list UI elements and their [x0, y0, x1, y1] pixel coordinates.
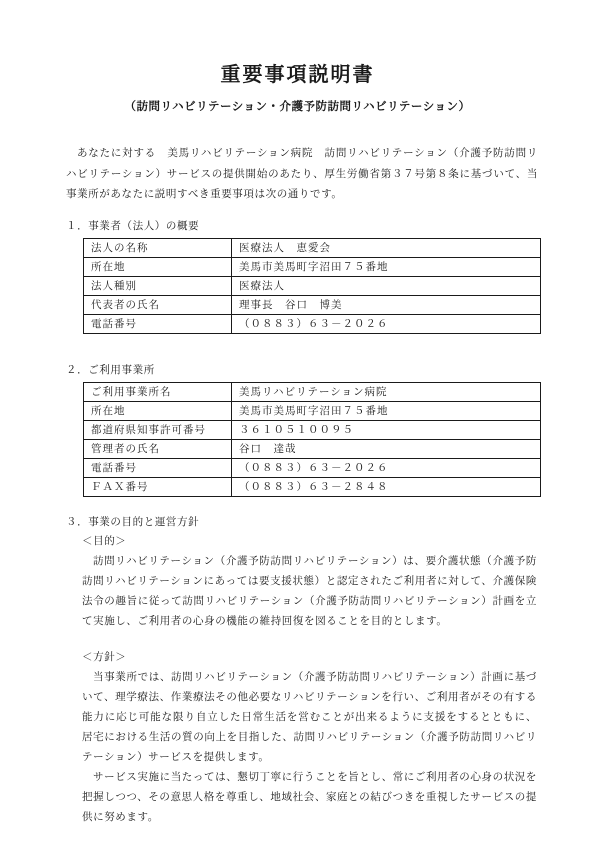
- row-label: 所在地: [84, 401, 232, 420]
- row-value: ３６１０５１００９５: [232, 420, 541, 439]
- row-value: （０８８３）６３－２８４８: [232, 477, 541, 496]
- purpose-label: ＜目的＞: [82, 531, 595, 551]
- row-label: ご利用事業所名: [84, 382, 232, 401]
- row-label: 電話番号: [84, 458, 232, 477]
- row-label: 所在地: [84, 257, 232, 276]
- provider-table: 法人の名称 医療法人 恵愛会 所在地 美馬市美馬町字沼田７５番地 法人種別 医療…: [83, 238, 541, 334]
- row-label: 電話番号: [84, 314, 232, 333]
- row-label: 法人種別: [84, 276, 232, 295]
- row-value: （０８８３）６３－２０２６: [232, 458, 541, 477]
- row-value: 美馬リハビリテーション病院: [232, 382, 541, 401]
- section-heading-purpose-policy: ３．事業の目的と運営方針: [66, 514, 595, 529]
- purpose-paragraph: 訪問リハビリテーション（介護予防訪問リハビリテーション）は、要介護状態（介護予防…: [82, 551, 537, 631]
- table-row: 代表者の氏名 理事長 谷口 博美: [84, 295, 541, 314]
- row-value: 美馬市美馬町字沼田７５番地: [232, 401, 541, 420]
- table-row: ご利用事業所名 美馬リハビリテーション病院: [84, 382, 541, 401]
- table-row: 電話番号 （０８８３）６３－２０２６: [84, 458, 541, 477]
- table-row: 所在地 美馬市美馬町字沼田７５番地: [84, 401, 541, 420]
- row-label: ＦＡＸ番号: [84, 477, 232, 496]
- table-row: 法人種別 医療法人: [84, 276, 541, 295]
- section-heading-provider: １．事業者（法人）の概要: [66, 218, 595, 233]
- row-value: （０８８３）６３－２０２６: [232, 314, 541, 333]
- policy-paragraph-2: サービス実施に当たっては、懇切丁寧に行うことを旨とし、常にご利用者の心身の状況を…: [82, 767, 537, 827]
- policy-paragraph-1: 当事業所では、訪問リハビリテーション（介護予防訪問リハビリテーション）計画に基づ…: [82, 667, 537, 767]
- table-row: 所在地 美馬市美馬町字沼田７５番地: [84, 257, 541, 276]
- table-row: 電話番号 （０８８３）６３－２０２６: [84, 314, 541, 333]
- row-value: 谷口 達哉: [232, 439, 541, 458]
- table-row: 都道府県知事許可番号 ３６１０５１００９５: [84, 420, 541, 439]
- document-title: 重要事項説明書: [0, 58, 595, 87]
- policy-label: ＜方針＞: [82, 647, 595, 667]
- section-heading-office: ２．ご利用事業所: [66, 362, 595, 377]
- office-table: ご利用事業所名 美馬リハビリテーション病院 所在地 美馬市美馬町字沼田７５番地 …: [83, 382, 541, 497]
- row-label: 法人の名称: [84, 238, 232, 257]
- intro-paragraph: あなたに対する 美馬リハビリテーション病院 訪問リハビリテーション（介護予防訪問…: [66, 143, 538, 205]
- document-subtitle: （訪問リハビリテーション・介護予防訪問リハビリテーション）: [0, 98, 595, 114]
- row-label: 都道府県知事許可番号: [84, 420, 232, 439]
- row-value: 理事長 谷口 博美: [232, 295, 541, 314]
- table-row: 法人の名称 医療法人 恵愛会: [84, 238, 541, 257]
- row-label: 管理者の氏名: [84, 439, 232, 458]
- document-page: 重要事項説明書 （訪問リハビリテーション・介護予防訪問リハビリテーション） あな…: [0, 0, 595, 842]
- row-label: 代表者の氏名: [84, 295, 232, 314]
- row-value: 美馬市美馬町字沼田７５番地: [232, 257, 541, 276]
- row-value: 医療法人: [232, 276, 541, 295]
- table-row: 管理者の氏名 谷口 達哉: [84, 439, 541, 458]
- table-row: ＦＡＸ番号 （０８８３）６３－２８４８: [84, 477, 541, 496]
- row-value: 医療法人 恵愛会: [232, 238, 541, 257]
